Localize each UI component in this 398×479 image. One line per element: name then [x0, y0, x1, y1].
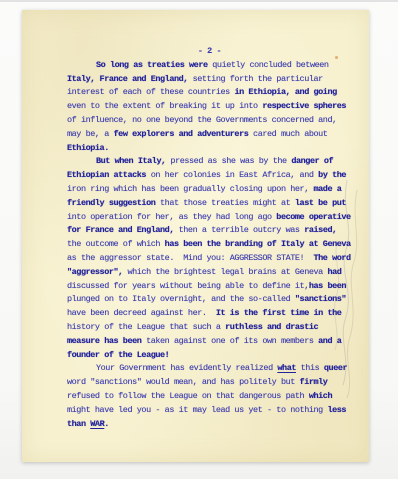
typed-text-segment: might have led you - as it may lead us y…	[67, 405, 327, 415]
typed-text-segment: .	[104, 419, 109, 429]
typed-text-segment: what	[277, 363, 296, 373]
typed-text-segment: by the	[318, 170, 346, 180]
typed-text-segment: which	[309, 391, 332, 401]
typed-text-segment: raised,	[304, 225, 337, 235]
typed-text-segment: cared much about	[248, 129, 327, 139]
typed-text-segment: last be put	[295, 198, 346, 208]
typed-text-segment: danger of	[291, 156, 333, 166]
typed-text-segment: But when Italy,	[96, 156, 166, 166]
typed-text-segment: the outcome of which	[67, 239, 165, 249]
typed-text-segment: "sanctions"	[295, 294, 346, 304]
typed-line: Ethiopia.	[67, 142, 352, 156]
typed-text-segment: which the brightest legal brains at Gene…	[123, 267, 328, 277]
typed-text-segment: into operation for her, as they had long…	[67, 212, 276, 222]
scanned-document-view: - 2 - So long as treaties were quietly c…	[0, 0, 398, 479]
typed-line: the outcome of which has been the brandi…	[67, 238, 352, 252]
typed-line: as the aggressor state. Mind you: AGGRES…	[67, 252, 352, 266]
typed-text-segment: even to the extent of breaking it up int…	[67, 101, 262, 111]
typed-text-segment: respective spheres	[262, 101, 346, 111]
typed-text-segment: as the aggressor state. Mind you: AGGRES…	[67, 253, 314, 263]
typed-text-segment: discussed for years without being able t…	[67, 281, 309, 291]
typed-text-segment: taken against one of its own members	[141, 336, 318, 346]
typed-text-segment: had	[327, 267, 341, 277]
typed-text-segment: queer	[324, 363, 347, 373]
typed-text-segment: then a terrible outcry was	[174, 225, 304, 235]
page-number: - 2 -	[67, 45, 352, 59]
typed-text-segment: have been decreed against her.	[67, 308, 216, 318]
typed-text-segment: WAR	[90, 419, 104, 429]
typed-line: of influence, no one beyond the Governme…	[67, 114, 352, 128]
typed-text-segment: made a	[314, 184, 342, 194]
typed-line: But when Italy, pressed as she was by th…	[67, 155, 352, 169]
typed-line: word "sanctions" would mean, and has pol…	[67, 376, 352, 390]
typed-text-segment: on her colonies in East Africa, and	[146, 170, 318, 180]
typed-line: history of the League that such a ruthle…	[67, 321, 352, 335]
typed-text-segment: The word	[314, 253, 351, 263]
typed-text-segment: plunged on to Italy overnight, and the s…	[67, 294, 295, 304]
typed-line: for France and England, then a terrible …	[67, 224, 352, 238]
typed-text-segment: word "sanctions" would mean, and has pol…	[67, 377, 300, 387]
typed-lines: So long as treaties were quietly conclud…	[67, 59, 352, 432]
typed-text-segment: has been the branding of Italy at Geneva	[165, 239, 351, 249]
typed-text-segment: less	[327, 405, 346, 415]
typed-text-segment: iron ring which has been gradually closi…	[67, 184, 314, 194]
typed-line: Italy, France and England, setting forth…	[67, 73, 352, 87]
typed-line: may be, a few explorers and adventurers …	[67, 128, 352, 142]
typed-line: discussed for years without being able t…	[67, 280, 352, 294]
typed-text-segment: interest of each of these countries	[67, 87, 234, 97]
document-page: - 2 - So long as treaties were quietly c…	[22, 10, 369, 462]
typed-line: So long as treaties were quietly conclud…	[67, 59, 352, 73]
typed-text-segment: "aggressor",	[67, 267, 123, 277]
typed-text-segment: Your Government has evidently realized	[96, 363, 277, 373]
typed-text-segment: firmly	[300, 377, 328, 387]
typed-line: measure has been taken against one of it…	[67, 335, 352, 349]
typed-text-segment: quietly concluded between	[208, 60, 329, 70]
typed-text-segment: history of the League that such a	[67, 322, 225, 332]
typed-text-segment: for France and England,	[67, 225, 174, 235]
typed-line: Your Government has evidently realized w…	[67, 362, 352, 376]
typed-line: into operation for her, as they had long…	[67, 211, 352, 225]
typed-text-segment: It is the first time in the	[216, 308, 342, 318]
typed-text-segment: founder of the League!	[67, 350, 169, 360]
typed-text-segment: become operative	[276, 212, 350, 222]
typed-line: than WAR.	[67, 418, 352, 432]
typed-text-segment: Italy, France and England,	[67, 74, 188, 84]
typed-line: even to the extent of breaking it up int…	[67, 100, 352, 114]
typed-text-segment: friendly suggestion	[67, 198, 155, 208]
typed-text-segment: setting forth the particular	[188, 74, 323, 84]
typed-text-segment: Ethiopia.	[67, 143, 109, 153]
typed-line: interest of each of these countries in E…	[67, 86, 352, 100]
typed-text-segment: ruthless and drastic	[225, 322, 318, 332]
typed-line: iron ring which has been gradually closi…	[67, 183, 352, 197]
typed-line: Ethiopian attacks on her colonies in Eas…	[67, 169, 352, 183]
typed-text-segment: refused to follow the League on that dan…	[67, 391, 309, 401]
typed-content: - 2 - So long as treaties were quietly c…	[67, 45, 352, 431]
typed-line: refused to follow the League on that dan…	[67, 390, 352, 404]
typed-text-segment: this	[296, 363, 324, 373]
typed-text-segment: may be, a	[67, 129, 114, 139]
typed-text-segment: measure has been	[67, 336, 141, 346]
typed-line: founder of the League!	[67, 349, 352, 363]
typed-text-segment: that those treaties might at	[155, 198, 295, 208]
typed-line: have been decreed against her. It is the…	[67, 307, 352, 321]
typed-text-segment: than	[67, 419, 90, 429]
typed-line: might have led you - as it may lead us y…	[67, 404, 352, 418]
typed-line: friendly suggestion that those treaties …	[67, 197, 352, 211]
typed-text-segment: of influence, no one beyond the Governme…	[67, 115, 337, 125]
typed-text-segment: and a	[318, 336, 341, 346]
typed-line: "aggressor", which the brightest legal b…	[67, 266, 352, 280]
typed-text-segment: has been	[309, 281, 346, 291]
typed-text-segment: Ethiopian attacks	[67, 170, 146, 180]
typed-text-segment: in Ethiopia, and going	[234, 87, 336, 97]
typed-text-segment: So long as treaties were	[96, 60, 208, 70]
typed-line: plunged on to Italy overnight, and the s…	[67, 293, 352, 307]
typed-text-segment: few explorers and adventurers	[114, 129, 249, 139]
typed-text-segment: pressed as she was by the	[166, 156, 292, 166]
